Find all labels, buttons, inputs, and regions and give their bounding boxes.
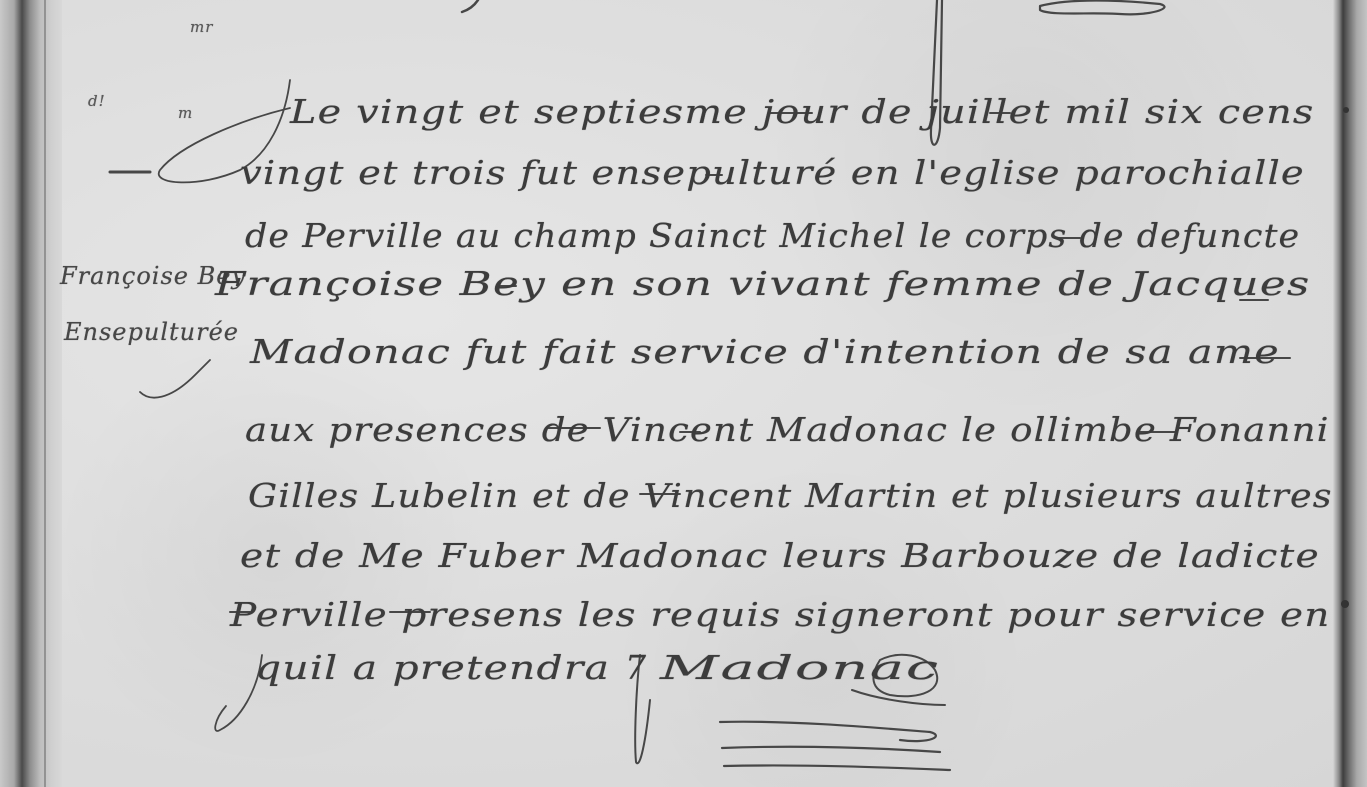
- entry-line-1: Le vingt et septiesme jour de juillet mi…: [290, 92, 1315, 131]
- signature-name: Madonac: [660, 648, 940, 687]
- right-page-edge: [1333, 0, 1367, 787]
- margin-note-top: mr: [190, 18, 213, 36]
- entry-line-6: aux presences de Vincent Madonac le olli…: [245, 410, 1330, 449]
- entry-line-10: quil a pretendra: [255, 648, 610, 687]
- margin-status-note: Ensepulturée: [64, 318, 239, 346]
- entry-line-9: Perville presens les requis signeront po…: [230, 595, 1330, 634]
- signature-mark: 7: [625, 648, 647, 687]
- left-margin-rule: [44, 0, 46, 787]
- margin-note-left: d!: [88, 92, 106, 110]
- entry-line-3: de Perville au champ Sainct Michel le co…: [245, 216, 1300, 255]
- entry-line-5: Madonac fut fait service d'intention de …: [250, 332, 1280, 371]
- margin-note-mark: m: [178, 104, 193, 122]
- entry-line-4: Françoise Bey en son vivant femme de Jac…: [215, 264, 1311, 303]
- entry-line-7: Gilles Lubelin et de Vincent Martin et p…: [248, 476, 1333, 515]
- left-binding-edge: [0, 0, 62, 787]
- register-page: mr d! m Françoise Bey Ensepulturée Le vi…: [0, 0, 1367, 787]
- entry-line-2: vingt et trois fut ensepulturé en l'egli…: [240, 153, 1305, 192]
- entry-line-8: et de Me Fuber Madonac leurs Barbouze de…: [240, 536, 1320, 575]
